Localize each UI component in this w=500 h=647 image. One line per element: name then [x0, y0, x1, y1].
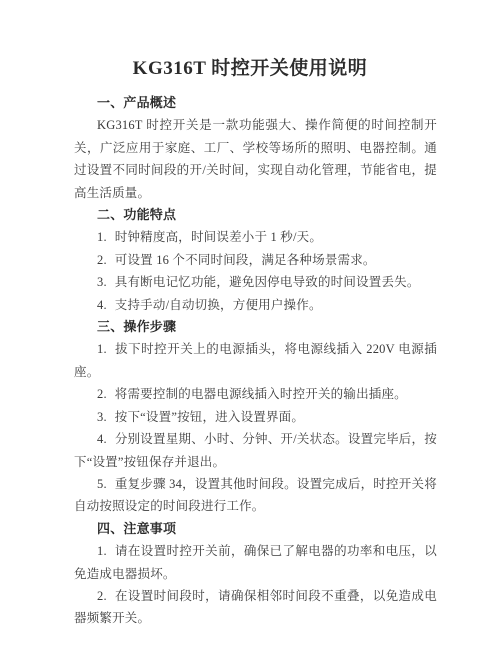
list-item-number: 1.	[97, 230, 115, 244]
section-heading: 一、产品概述	[74, 92, 437, 114]
list-item-text: 重复步骤 34，设置其他时间段。设置完成后，时控开关将自动按照设定的时间段进行工…	[74, 477, 437, 513]
section-heading: 四、注意事项	[74, 518, 437, 540]
numbered-list-item: 2.将需要控制的电器电源线插入时控开关的输出插座。	[74, 383, 437, 405]
list-item-number: 3.	[97, 275, 115, 289]
numbered-list-item: 1.时钟精度高，时间误差小于 1 秒/天。	[74, 226, 437, 248]
numbered-list-item: 1.拔下时控开关上的电源插头，将电源线插入 220V 电源插座。	[74, 338, 437, 383]
list-item-text: 将需要控制的电器电源线插入时控开关的输出插座。	[115, 387, 407, 401]
body-paragraph: KG316T 时控开关是一款功能强大、操作简便的时间控制开关，广泛应用于家庭、工…	[74, 114, 437, 204]
list-item-text: 请在设置时控开关前，确保已了解电器的功率和电压，以免造成电器损坏。	[74, 544, 437, 580]
list-item-number: 4.	[97, 298, 115, 312]
list-item-text: 在设置时间段时，请确保相邻时间段不重叠，以免造成电器频繁开关。	[74, 589, 437, 625]
list-item-text: 分别设置星期、小时、分钟、开/关状态。设置完毕后，按下“设置”按钮保存并退出。	[74, 432, 437, 468]
list-item-number: 1.	[97, 342, 115, 356]
numbered-list-item: 3.具有断电记忆功能，避免因停电导致的时间设置丢失。	[74, 271, 437, 293]
numbered-list-item: 5.重复步骤 34，设置其他时间段。设置完成后，时控开关将自动按照设定的时间段进…	[74, 473, 437, 518]
document-body: 一、产品概述KG316T 时控开关是一款功能强大、操作简便的时间控制开关，广泛应…	[74, 92, 437, 630]
list-item-number: 2.	[97, 253, 115, 267]
section-heading: 三、操作步骤	[74, 316, 437, 338]
numbered-list-item: 4.分别设置星期、小时、分钟、开/关状态。设置完毕后，按下“设置”按钮保存并退出…	[74, 428, 437, 473]
numbered-list-item: 4.支持手动/自动切换，方便用户操作。	[74, 294, 437, 316]
numbered-list-item: 3.按下“设置”按钮，进入设置界面。	[74, 406, 437, 428]
list-item-number: 4.	[97, 432, 115, 446]
numbered-list-item: 2.在设置时间段时，请确保相邻时间段不重叠，以免造成电器频繁开关。	[74, 585, 437, 630]
list-item-text: 时钟精度高，时间误差小于 1 秒/天。	[115, 230, 322, 244]
numbered-list-item: 2.可设置 16 个不同时间段，满足各种场景需求。	[74, 249, 437, 271]
section-heading: 二、功能特点	[74, 204, 437, 226]
list-item-number: 3.	[97, 410, 115, 424]
list-item-text: 可设置 16 个不同时间段，满足各种场景需求。	[115, 253, 376, 267]
list-item-text: 支持手动/自动切换，方便用户操作。	[115, 298, 322, 312]
list-item-number: 2.	[97, 589, 115, 603]
list-item-number: 2.	[97, 387, 115, 401]
list-item-number: 5.	[97, 477, 115, 491]
list-item-text: 具有断电记忆功能，避免因停电导致的时间设置丢失。	[115, 275, 420, 289]
document-title: KG316T 时控开关使用说明	[0, 0, 500, 82]
list-item-text: 拔下时控开关上的电源插头，将电源线插入 220V 电源插座。	[74, 342, 437, 378]
numbered-list-item: 1.请在设置时控开关前，确保已了解电器的功率和电压，以免造成电器损坏。	[74, 540, 437, 585]
list-item-number: 1.	[97, 544, 115, 558]
document-page: KG316T 时控开关使用说明 一、产品概述KG316T 时控开关是一款功能强大…	[0, 0, 500, 647]
list-item-text: 按下“设置”按钮，进入设置界面。	[115, 410, 304, 424]
